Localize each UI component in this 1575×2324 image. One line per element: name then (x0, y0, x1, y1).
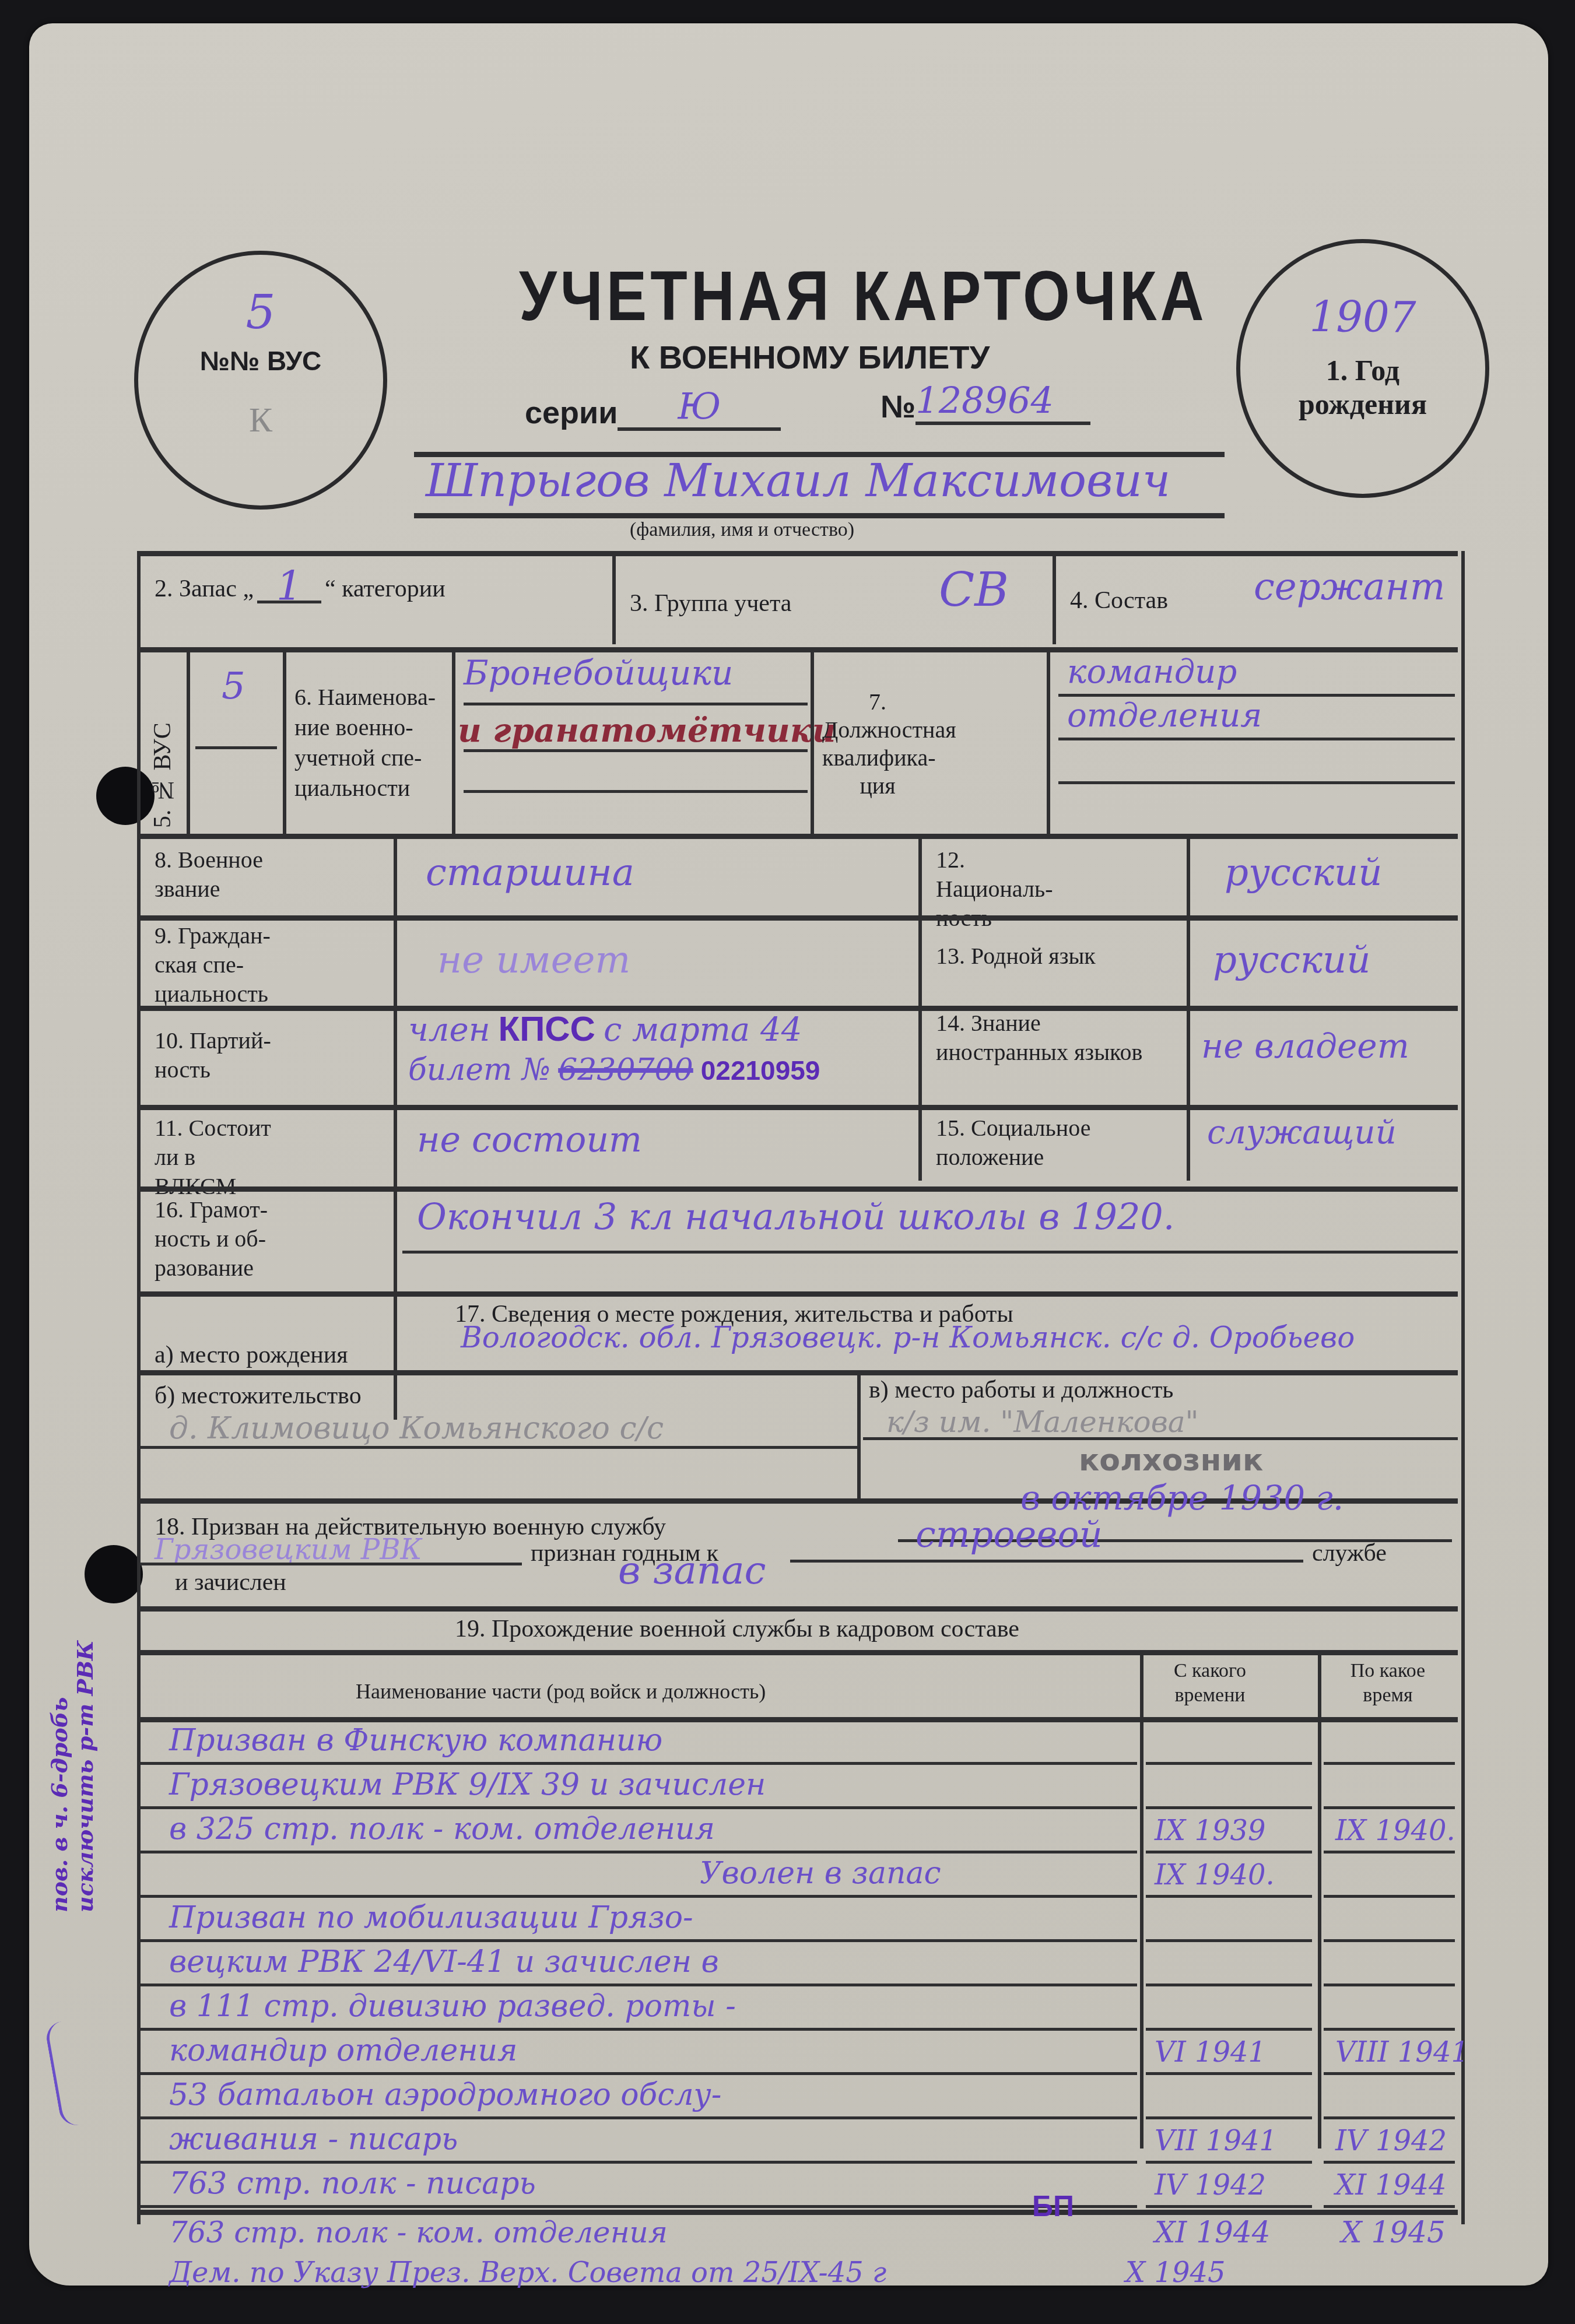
table-rule (1146, 2161, 1312, 2164)
table-rule (140, 1762, 1137, 1765)
table-rule (1324, 1939, 1455, 1942)
table-rule (137, 647, 1458, 652)
column-to-date: По какое время (1332, 1659, 1443, 1708)
table-divider (811, 650, 814, 834)
vus-oval-label: №№ ВУС (200, 345, 322, 377)
table-rule (140, 2072, 1137, 2075)
military-registration-card: 5 №№ ВУС К УЧЕТНАЯ КАРТОЧКА К ВОЕННОМУ Б… (29, 23, 1548, 2286)
table-rule (1324, 1762, 1455, 1765)
work-place-value-2: колхозник (1079, 1443, 1263, 1478)
social-status-value: служащий (1207, 1114, 1397, 1152)
table-divider (1140, 1653, 1143, 2149)
table-rule (1146, 1895, 1312, 1898)
series-label: серии (525, 395, 618, 431)
table-rule (140, 2028, 1137, 2031)
reserve-label-suffix: “ категории (325, 574, 446, 603)
margin-note-line1: пов. в ч. 6-дробь (46, 1697, 72, 1912)
work-place-value-1: к/з им. "Маленкова" (886, 1405, 1199, 1439)
composition-value: сержант (1254, 566, 1445, 609)
party-member-text: член (408, 1011, 490, 1049)
table-divider (187, 650, 190, 834)
position-qualification-label: 7. Должностная квалифика-ция (822, 688, 933, 800)
birth-year-value: 1907 (1309, 293, 1416, 342)
table-rule (137, 1186, 1458, 1192)
table-rule (464, 703, 808, 705)
vus-oval-value: 5 (246, 285, 276, 339)
table-rule (402, 1251, 1458, 1254)
service-row-text: в 111 стр. дивизию развед. роты - (169, 1989, 736, 2024)
vus-number-value: 5 (222, 665, 245, 708)
education-label: 16. Грамот-ность и об-разование (155, 1195, 271, 1283)
enrolled-value: в запас (618, 1548, 766, 1593)
service-row-to: XI 1944 (1335, 2169, 1447, 2202)
table-rule (464, 749, 808, 752)
table-rule (790, 1560, 1303, 1563)
table-rule (1324, 1806, 1455, 1809)
service-row-from: VII 1941 (1155, 2125, 1277, 2157)
section19-header: 19. Прохождение военной службы в кадрово… (455, 1615, 1019, 1643)
table-divider (1053, 551, 1056, 644)
table-rule (140, 1895, 1137, 1898)
native-language-value: русский (1213, 939, 1370, 982)
composition-label: 4. Состав (1070, 586, 1168, 615)
service-row-text: Грязовецким РВК 9/IX 39 и зачислен (169, 1767, 766, 1802)
vus-oval: 5 №№ ВУС К (134, 251, 387, 510)
name-rule-bottom (414, 513, 1225, 518)
party-stamp: КПСС (499, 1009, 595, 1048)
residence-value: д. Климовицо Комьянского с/с (169, 1411, 664, 1446)
table-rule (140, 2205, 1137, 2208)
party-value-line2: билет № 6230700 02210959 (408, 1052, 820, 1087)
party-card-old-number: 6230700 (558, 1052, 693, 1087)
table-rule (137, 2210, 1458, 2215)
work-place-label: в) место работы и должность (869, 1376, 1174, 1404)
table-rule (1146, 1851, 1312, 1853)
margin-signature (44, 2012, 134, 2128)
table-rule (140, 2116, 1137, 2119)
specialty-name-value-2: и гранатомётчики (458, 711, 836, 750)
service-row-text: вецким РВК 24/VI-41 и зачислен в (169, 1944, 719, 1979)
table-rule (137, 551, 1458, 556)
table-rule (137, 915, 1458, 921)
residence-label: б) местожительство (155, 1382, 362, 1410)
table-rule (1324, 2072, 1455, 2075)
account-group-label: 3. Группа учета (630, 589, 791, 618)
table-rule (1146, 2116, 1312, 2119)
card-subtitle: К ВОЕННОМУ БИЛЕТУ (630, 338, 990, 376)
service-row-text: Призван по мобилизации Грязо- (169, 1900, 693, 1935)
ticket-number-value: 128964 (915, 379, 1090, 425)
civil-specialty-label: 9. Граждан-ская спе-циальность (155, 921, 271, 1009)
military-rank-value: старшина (426, 851, 634, 894)
reserve-value: 1 (257, 571, 321, 603)
table-rule (140, 1851, 1137, 1853)
table-divider (1318, 1653, 1321, 2149)
party-since-text: с марта 44 (604, 1011, 802, 1049)
table-rule (137, 1650, 1458, 1655)
ticket-number-label: № (881, 389, 915, 425)
extra-row-1-to: X 1945 (1341, 2216, 1446, 2249)
table-rule (1146, 2028, 1312, 2031)
service-row-text: командир отделения (169, 2033, 517, 2068)
native-language-label: 13. Родной язык (936, 942, 1096, 971)
service-row-from: IV 1942 (1155, 2169, 1266, 2202)
table-rule (137, 1606, 1458, 1612)
table-rule (137, 834, 1458, 839)
table-rule (1058, 781, 1455, 784)
social-status-label: 15. Социальное положение (936, 1114, 1169, 1172)
party-card-number-stamp: 02210959 (701, 1055, 820, 1086)
table-rule (1146, 1984, 1312, 1986)
margin-note-line2: исключить р-т РВК (72, 1640, 98, 1912)
table-rule (464, 790, 808, 793)
foreign-languages-label: 14. Знание иностранных языков (936, 1009, 1169, 1067)
vus-number-label: 5. № ВУС (149, 670, 177, 828)
extra-row-2-text: Дем. по Указу През. Верх. Совета от 25/I… (169, 2256, 886, 2289)
called-up-by-value: Грязовецким РВК (155, 1533, 422, 1566)
fit-for-value: строевой (915, 1513, 1103, 1556)
party-label: 10. Партий-ность (155, 1026, 271, 1084)
service-row-text: живания - писарь (169, 2122, 458, 2157)
table-rule (140, 1939, 1137, 1942)
table-rule (1324, 2116, 1455, 2119)
table-rule (1146, 1939, 1312, 1942)
service-suffix-label: службе (1312, 1539, 1387, 1567)
reserve-field: 2. Запас „ 1 “ категории (155, 571, 446, 603)
table-divider (857, 1373, 861, 1498)
table-rule (140, 1984, 1137, 1986)
service-row-from: IX 1939 (1155, 1814, 1266, 1847)
table-rule (1146, 1806, 1312, 1809)
extra-row-1-from: XI 1944 (1155, 2216, 1271, 2249)
series-field: серии Ю (525, 385, 781, 431)
ticket-number-field: № 128964 (881, 379, 1090, 425)
table-rule (1324, 2161, 1455, 2164)
military-rank-label: 8. Военное звание (155, 845, 271, 904)
full-name-caption: (фамилия, имя и отчество) (630, 519, 854, 541)
service-row-text: 53 батальон аэродромного обслу- (169, 2077, 721, 2112)
table-rule (137, 1446, 857, 1449)
service-row-from: IX 1940. (1155, 1859, 1275, 1891)
birth-year-label-2: рождения (1299, 387, 1427, 421)
civil-specialty-value: не имеет (437, 939, 630, 982)
komsomol-value: не состоит (417, 1119, 642, 1160)
table-rule (1324, 2205, 1455, 2208)
party-value-line1: член КПСС с марта 44 (408, 1009, 802, 1049)
table-rule (140, 2161, 1137, 2164)
extra-row-2-from: X 1945 (1125, 2256, 1226, 2289)
party-card-label: билет № (408, 1052, 550, 1087)
service-row-text: Уволен в запас (700, 1856, 941, 1891)
position-qualification-value-1: командир (1067, 653, 1237, 691)
reserve-label: 2. Запас „ (155, 574, 254, 603)
column-unit-name: Наименование части (род войск и должност… (356, 1679, 766, 1704)
table-rule (195, 746, 277, 749)
full-name-value: Шпрыгов Михаил Максимович (426, 455, 1170, 507)
table-rule (137, 1291, 1458, 1297)
table-rule (1324, 2028, 1455, 2031)
vus-oval-mark: К (249, 400, 272, 440)
called-up-value: в октябре 1930 г. (1020, 1478, 1344, 1518)
table-rule (137, 1105, 1458, 1110)
enrolled-label: и зачислен (175, 1568, 286, 1596)
table-rule (137, 1717, 1458, 1722)
foreign-languages-value: не владеет (1201, 1026, 1409, 1066)
birth-year-label-1: 1. Год (1326, 353, 1399, 387)
service-row-from: VI 1941 (1155, 2036, 1266, 2069)
service-row-to: IX 1940. (1335, 1814, 1455, 1847)
table-rule (1146, 2072, 1312, 2075)
service-row-text: Призван в Финскую компанию (169, 1723, 662, 1758)
column-from-date: С какого времени (1157, 1659, 1262, 1708)
table-divider (283, 650, 286, 834)
table-rule (137, 1563, 522, 1565)
table-divider (452, 650, 455, 834)
extra-row-1-text: 763 стр. полк - ком. отделения (169, 2216, 668, 2249)
education-value: Окончил 3 кл начальной школы в 1920. (417, 1195, 1175, 1238)
table-rule (1324, 1895, 1455, 1898)
specialty-name-value-1: Бронебойщики (464, 653, 733, 693)
specialty-name-label: 6. Наименова-ние военно-учетной спе-циал… (294, 682, 440, 803)
table-rule (140, 1806, 1137, 1809)
birth-place-value: Вологодск. обл. Грязовецк. р-н Комьянск.… (461, 1321, 1355, 1354)
card-title: УЧЕТНАЯ КАРТОЧКА (519, 257, 1208, 337)
series-value: Ю (618, 385, 781, 431)
table-divider (612, 551, 616, 644)
table-rule (1146, 2205, 1312, 2208)
birth-place-label: а) место рождения (155, 1341, 348, 1369)
table-divider (1047, 650, 1050, 834)
service-row-to: IV 1942 (1335, 2125, 1447, 2157)
nationality-value: русский (1225, 851, 1382, 894)
table-divider (394, 837, 397, 1420)
table-rule (863, 1437, 1458, 1440)
position-qualification-value-2: отделения (1067, 697, 1262, 735)
table-rule (1146, 1762, 1312, 1765)
service-row-to: VIII 1941 (1335, 2036, 1469, 2069)
table-rule (137, 1370, 1458, 1375)
service-row-text: в 325 стр. полк - ком. отделения (169, 1812, 715, 1846)
birth-year-oval: 1907 1. Год рождения (1236, 239, 1489, 498)
table-rule (1324, 1851, 1455, 1853)
table-rule (1324, 1984, 1455, 1986)
table-rule (1058, 738, 1455, 740)
account-group-value: СВ (939, 563, 1009, 617)
extra-row-1-stamp: БП (1032, 2189, 1074, 2223)
margin-note: пов. в ч. 6-дробь исключить р-т РВК (47, 1563, 98, 1912)
service-row-text: 763 стр. полк - писарь (169, 2166, 536, 2201)
